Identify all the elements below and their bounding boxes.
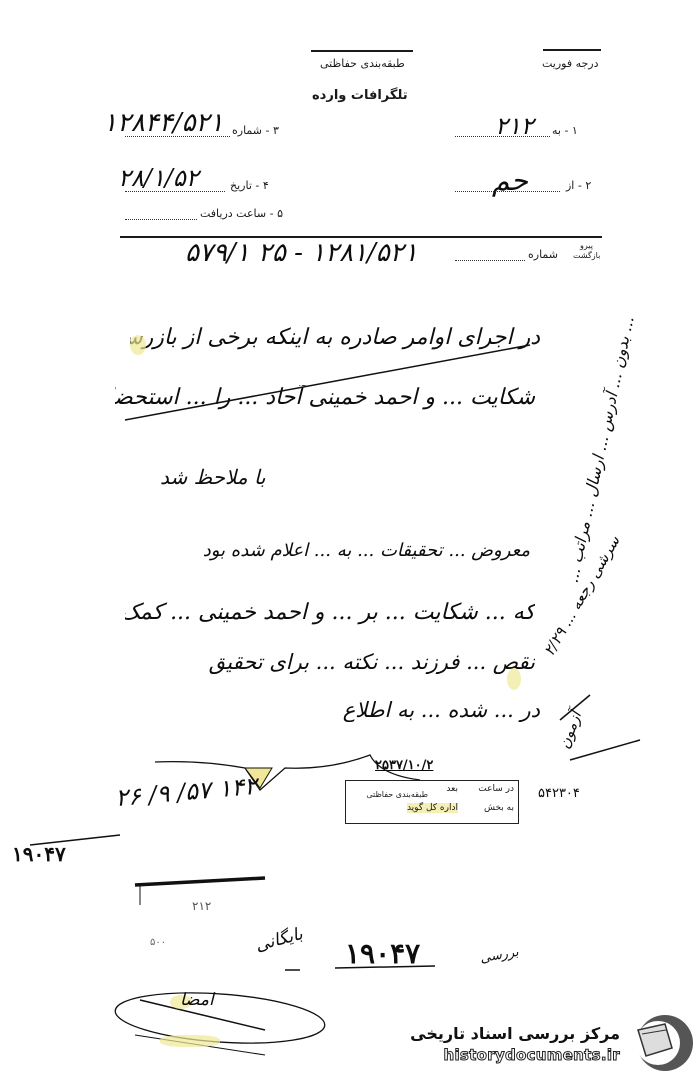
stamp-line2-label: به بخش <box>484 803 514 813</box>
stamp-line1-label: در ساعت <box>478 784 514 794</box>
left-number: ۱۹۰۴۷ <box>12 842 66 866</box>
small-number: ۵۰۰ <box>150 937 166 948</box>
stamp-line2-value: اداره کل گوید <box>407 803 458 813</box>
stamp-extra: طبقه‌بندی حفاظتی <box>366 790 428 799</box>
watermark-logo-icon <box>410 1010 695 1075</box>
stamp-line1-value: بعد <box>446 784 458 794</box>
reception-stamp: در ساعت بعد طبقه‌بندی حفاظتی به بخش ادار… <box>345 780 519 824</box>
stamp-number: ۲۵۳۷/۱۰/۲ <box>375 758 433 773</box>
pen-strokes <box>0 0 700 1081</box>
watermark: مرکز بررسی اسناد تاریخی historydocuments… <box>410 1010 695 1075</box>
signature-highlight <box>160 1035 220 1047</box>
archive-number: ۱۹۰۴۷ <box>345 937 420 970</box>
signature: امضا <box>180 990 214 1010</box>
box-number: ۲۱۲ <box>192 899 211 913</box>
